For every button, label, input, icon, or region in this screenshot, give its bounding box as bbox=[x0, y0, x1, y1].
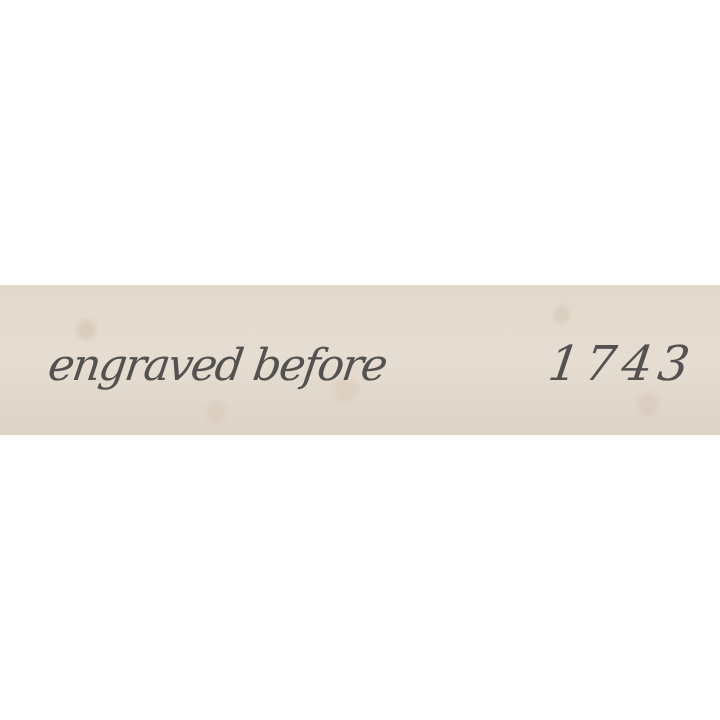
paper-strip: engraved before 1743 bbox=[0, 285, 720, 435]
handwritten-inscription: engraved before 1743 bbox=[0, 285, 720, 435]
inscription-words: engraved before bbox=[45, 340, 390, 391]
inscription-year: 1743 bbox=[545, 336, 699, 392]
